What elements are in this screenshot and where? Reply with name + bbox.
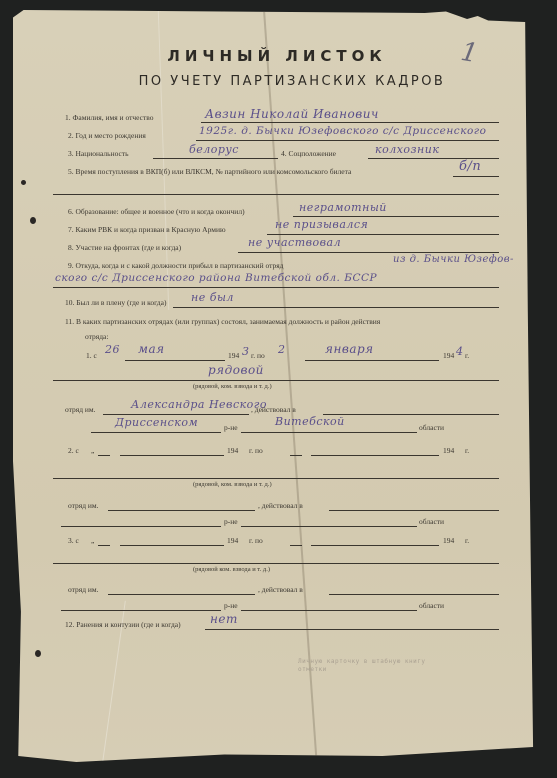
field-8-line: [238, 252, 499, 253]
field-5-label: 5. Время поступления в ВКП(б) или ВЛКСМ,…: [68, 167, 351, 176]
field-12-line: [205, 629, 499, 630]
service-3-district-line: [61, 610, 221, 611]
field-7-value[interactable]: не призывался: [275, 218, 368, 231]
service-2-to-year-prefix: 194: [443, 446, 454, 455]
service-1-district-label: р-не: [224, 423, 238, 432]
document-title: ЛИЧНЫЙ ЛИСТОК: [13, 47, 541, 65]
field-10-line: [173, 307, 499, 308]
field-7-label: 7. Каким РВК и когда призван в Красную А…: [68, 225, 226, 234]
service-3-number: 3. с: [68, 536, 79, 545]
service-2-detachment-label: отряд им.: [68, 501, 99, 510]
service-3-position-line: [53, 563, 499, 564]
service-2-to-label: г. по: [249, 446, 263, 455]
field-3-label: 3. Национальность: [68, 149, 129, 158]
field-1-value[interactable]: Авзин Николай Иванович: [205, 107, 379, 121]
field-11-label: 11. В каких партизанских отрядах (или гр…: [65, 317, 380, 326]
service-3-year-g: г.: [465, 536, 469, 545]
faded-stamp-line-1: Личную карточку в штабную книгу: [298, 658, 425, 666]
service-2-district-label: р-не: [224, 517, 238, 526]
service-2-detachment-line: [108, 510, 255, 511]
service-3-to-month-line: [311, 545, 439, 546]
service-3-position-hint: (рядовой ком. взвода и т. д.): [193, 566, 270, 573]
field-2-label: 2. Год и место рождения: [68, 131, 146, 140]
field-12-value[interactable]: нет: [210, 612, 238, 626]
field-12-label: 12. Ранения и контузии (где и когда): [65, 620, 181, 629]
service-2-to-month-line: [311, 455, 439, 456]
service-2-acted-line: [329, 510, 499, 511]
service-1-from-year-prefix: 194: [228, 351, 239, 360]
service-2-number: 2. с: [68, 446, 79, 455]
service-1-year-g: г.: [465, 351, 469, 360]
field-10-label: 10. Был ли в плену (где и когда): [65, 298, 166, 307]
field-3-line: [153, 158, 278, 159]
service-1-position[interactable]: рядовой: [208, 363, 264, 377]
service-3-district-label: р-не: [224, 601, 238, 610]
field-9-label: 9. Откуда, когда и с какой должности при…: [68, 261, 284, 270]
service-3-quote: „: [91, 536, 94, 545]
service-1-acted-label: , действовал в: [251, 405, 296, 414]
field-1-line: [201, 122, 499, 123]
service-1-district[interactable]: Дриссенском: [115, 416, 198, 429]
faded-stamp-line-2: отметки: [298, 666, 425, 674]
service-3-acted-line: [329, 594, 499, 595]
service-3-from-month-line: [120, 545, 224, 546]
field-6-value[interactable]: неграмотный: [299, 201, 387, 214]
service-3-region-label: области: [419, 601, 444, 610]
service-1-from-year-suffix[interactable]: 3: [242, 345, 250, 358]
service-2-region-line: [241, 526, 417, 527]
service-2-district-line: [61, 526, 221, 527]
field-11-label-cont: отряда:: [85, 332, 108, 341]
service-3-to-label: г. по: [249, 536, 263, 545]
service-1-acted-line: [323, 414, 499, 415]
service-2-position-line: [53, 478, 499, 479]
field-5-line: [453, 176, 499, 177]
punch-hole: [30, 217, 36, 224]
field-4-value[interactable]: колхозник: [375, 143, 439, 156]
service-1-from-line: [125, 360, 225, 361]
service-1-detachment-line: [103, 414, 249, 415]
field-7-line: [267, 234, 499, 235]
field-3-value[interactable]: белорус: [189, 143, 239, 156]
document-subtitle: ПО УЧЕТУ ПАРТИЗАНСКИХ КАДРОВ: [13, 74, 541, 89]
service-1-to-year-prefix: 194: [443, 351, 454, 360]
field-8-label: 8. Участие на фронтах (где и когда): [68, 243, 181, 252]
service-3-to-year-prefix: 194: [443, 536, 454, 545]
service-1-to-year-suffix[interactable]: 4: [456, 345, 464, 358]
field-10-value[interactable]: не был: [191, 291, 234, 304]
faded-stamp-text: Личную карточку в штабную книгу отметки: [298, 658, 425, 674]
service-1-region-label: области: [419, 423, 444, 432]
field-6-line: [293, 216, 499, 217]
service-3-detachment-label: отряд им.: [68, 585, 99, 594]
field-1-label: 1. Фамилия, имя и отчество: [65, 113, 154, 122]
service-1-detachment[interactable]: Александра Невского: [131, 398, 267, 411]
service-2-region-label: области: [419, 517, 444, 526]
service-1-from-month[interactable]: мая: [138, 342, 165, 356]
service-2-from-year-prefix: 194: [227, 446, 238, 455]
service-1-region[interactable]: Витебской: [275, 415, 345, 428]
service-1-district-line: [91, 432, 221, 433]
service-2-year-g: г.: [465, 446, 469, 455]
service-3-from-day-line: [98, 545, 110, 546]
service-1-position-hint: (рядовой, ком. взвода и т. д.): [193, 383, 272, 390]
field-9-line: [53, 287, 499, 288]
field-5-line-2: [53, 194, 499, 195]
service-1-to-line: [305, 360, 439, 361]
service-3-from-year-prefix: 194: [227, 536, 238, 545]
service-2-from-day-line: [98, 455, 110, 456]
field-8-value[interactable]: не участвовал: [248, 236, 341, 249]
service-2-position-hint: (рядовой, ком. взвода и т. д.): [193, 481, 272, 488]
punch-hole: [35, 650, 41, 657]
field-2-value[interactable]: 1925г. д. Бычки Юзефовского с/с Дриссенс…: [199, 125, 486, 137]
service-3-region-line: [241, 610, 417, 611]
service-2-from-month-line: [120, 455, 224, 456]
service-1-to-month[interactable]: января: [325, 342, 374, 356]
service-1-detachment-label: отряд им.: [65, 405, 96, 414]
service-1-to-day[interactable]: 2: [278, 343, 286, 356]
service-2-to-day-line: [290, 455, 302, 456]
document-sheet: 1 ЛИЧНЫЙ ЛИСТОК ПО УЧЕТУ ПАРТИЗАНСКИХ КА…: [13, 10, 541, 762]
service-1-region-line: [241, 432, 417, 433]
service-1-position-line: [53, 380, 499, 381]
service-2-acted-label: , действовал в: [258, 501, 303, 510]
field-9-value-line2[interactable]: ского с/с Дриссенского района Витебской …: [55, 272, 377, 284]
service-1-from-day[interactable]: 26: [105, 343, 120, 356]
service-1-number: 1. с: [86, 351, 97, 360]
service-2-quote: „: [91, 446, 94, 455]
field-2-line: [196, 140, 499, 141]
service-3-acted-label: , действовал в: [258, 585, 303, 594]
field-5-value[interactable]: б/п: [459, 159, 481, 174]
punch-hole: [21, 180, 26, 185]
service-3-to-day-line: [290, 545, 302, 546]
field-9-value-line1[interactable]: из д. Бычки Юзефов-: [393, 254, 514, 265]
service-1-to-label: г. по: [251, 351, 265, 360]
service-3-detachment-line: [108, 594, 255, 595]
field-6-label: 6. Образование: общее и военное (что и к…: [68, 207, 245, 216]
field-4-label: 4. Соцположение: [281, 149, 336, 158]
